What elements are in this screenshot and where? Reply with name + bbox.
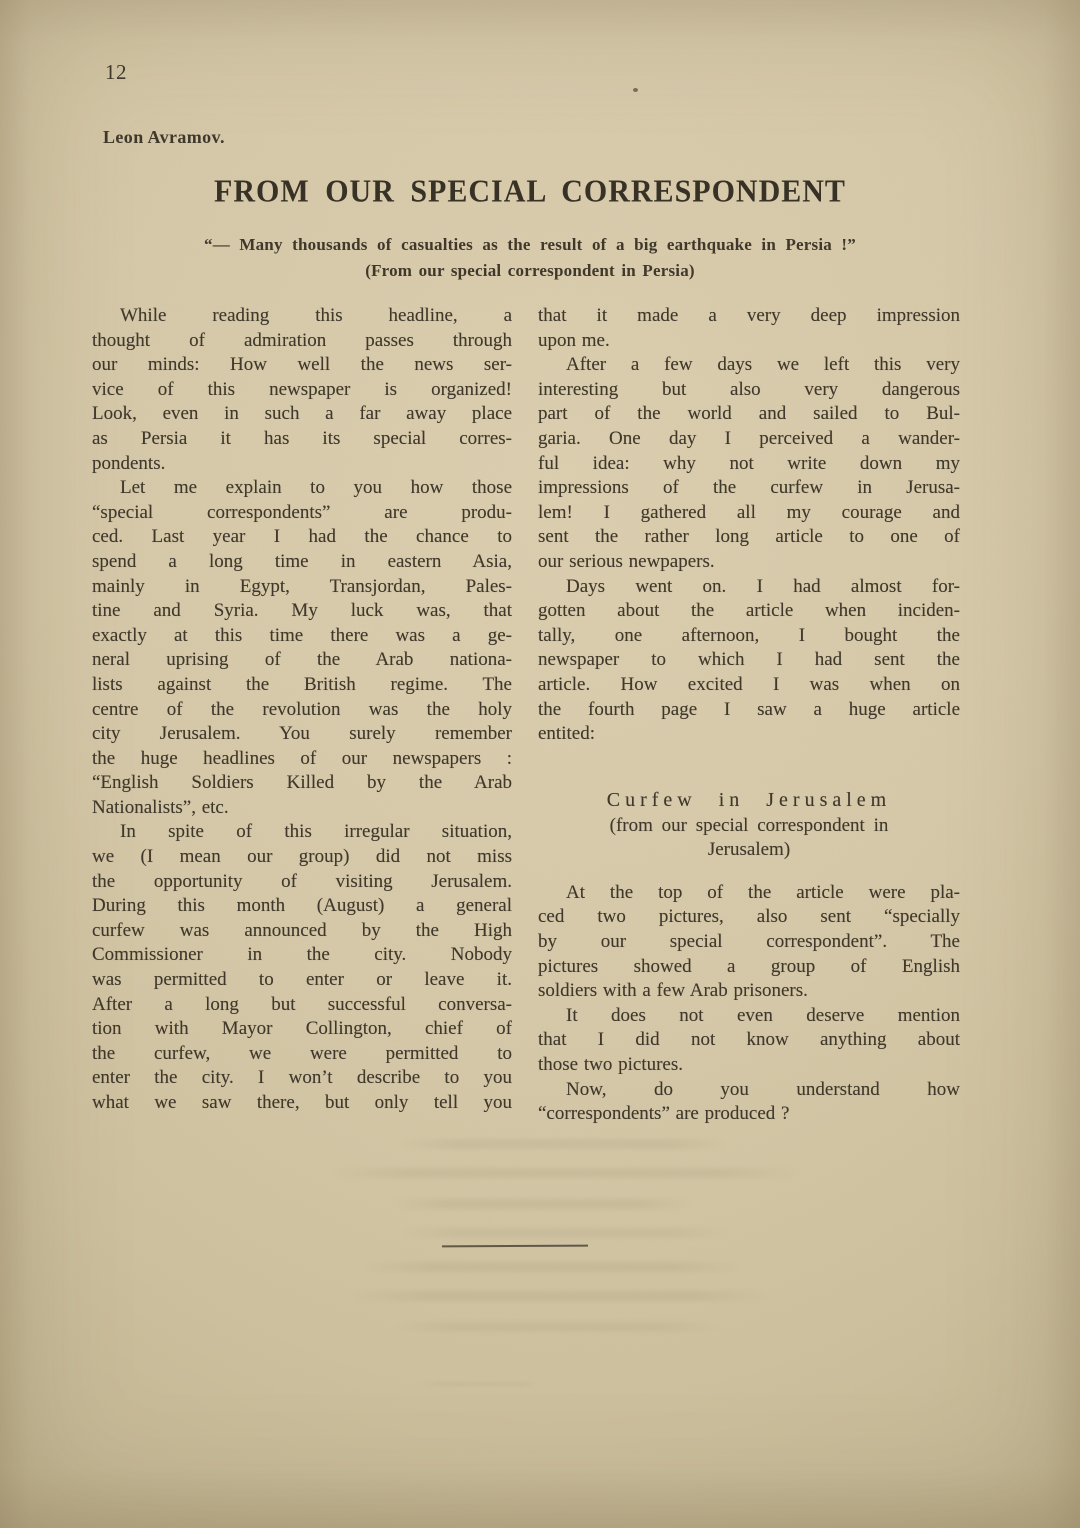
text-line: tally, one afternoon, I bought the (538, 624, 960, 649)
text-line: the opportunity of visiting Jerusalem. (92, 870, 512, 895)
text-line: centre of the revolution was the holy (92, 698, 512, 723)
text-line: Look, even in such a far away place (92, 402, 512, 427)
text-line: what we saw there, but only tell you (92, 1091, 512, 1116)
ghost-text-smudge (350, 1291, 770, 1301)
text-line: Let me explain to you how those (92, 476, 512, 501)
text-line: lem! I gathered all my courage and (538, 501, 960, 526)
section-divider (442, 1245, 588, 1248)
text-line: enter the city. I won’t describe to you (92, 1066, 512, 1091)
text-line: that I did not know anything about (538, 1028, 960, 1053)
text-line: the fourth page I saw a huge article (538, 698, 960, 723)
text-line: During this month (August) a general (92, 894, 512, 919)
text-line: pictures showed a group of English (538, 955, 960, 980)
text-line: by our special correspondent”. The (538, 930, 960, 955)
text-line: interesting but also very dangerous (538, 378, 960, 403)
text-line: tion with Mayor Collington, chief of (92, 1017, 512, 1042)
text-line: curfew was announced by the High (92, 919, 512, 944)
text-line: “correspondents” are produced ? (538, 1102, 960, 1127)
ghost-text-smudge (392, 1322, 722, 1332)
subheading-sub-2: Jerusalem) (538, 838, 960, 863)
epigraph-line-2: (From our special correspondent in Persi… (90, 261, 970, 281)
text-line: After a long but successful conversa- (92, 993, 512, 1018)
text-line: ful idea: why not write down my (538, 452, 960, 477)
text-line: mainly in Egypt, Transjordan, Pales- (92, 575, 512, 600)
text-line: as Persia it has its special corres- (92, 427, 512, 452)
text-line: thought of admiration passes through (92, 329, 512, 354)
left-column: While reading this headline, athought of… (92, 304, 512, 1116)
text-line: While reading this headline, a (92, 304, 512, 329)
text-line: neral uprising of the Arab nationa- (92, 648, 512, 673)
text-line: gotten about the article when inciden- (538, 599, 960, 624)
author-byline: Leon Avramov. (103, 127, 225, 148)
text-line: “special correspondents” are produ- (92, 501, 512, 526)
text-line: Commissioner in the city. Nobody (92, 943, 512, 968)
text-line: was permitted to enter or leave it. (92, 968, 512, 993)
text-line: soldiers with a few Arab prisoners. (538, 979, 960, 1004)
text-line: spend a long time in eastern Asia, (92, 550, 512, 575)
text-line: Nationalists”, etc. (92, 796, 512, 821)
ghost-text-smudge (420, 1382, 540, 1386)
text-line: It does not even deserve mention (538, 1004, 960, 1029)
text-line: that it made a very deep impression (538, 304, 960, 329)
text-line: Now, do you understand how (538, 1078, 960, 1103)
text-line: ced. Last year I had the chance to (92, 525, 512, 550)
text-line: the huge headlines of our newspapers : (92, 747, 512, 772)
text-line: After a few days we left this very (538, 353, 960, 378)
ghost-text-smudge (398, 1139, 728, 1149)
ghost-text-smudge (330, 1168, 800, 1178)
text-line: vice of this newspaper is organized! (92, 378, 512, 403)
epigraph-line-1: “— Many thousands of casualties as the r… (90, 235, 970, 255)
text-line: article. How excited I was when on (538, 673, 960, 698)
text-line: sent the rather long article to one of (538, 525, 960, 550)
right-column-bottom: At the top of the article were pla-ced t… (538, 881, 960, 1127)
page-number: 12 (105, 60, 127, 85)
ink-speck (633, 88, 638, 92)
ghost-text-smudge (400, 1228, 730, 1238)
article-title: FROM OUR SPECIAL CORRESPONDENT (90, 174, 970, 210)
text-line: At the top of the article were pla- (538, 881, 960, 906)
right-column: that it made a very deep impressionupon … (538, 304, 960, 1127)
ghost-text-smudge (392, 1199, 692, 1209)
right-column-top: that it made a very deep impressionupon … (538, 304, 960, 747)
text-line: garia. One day I perceived a wander- (538, 427, 960, 452)
ghost-text-smudge (362, 1262, 742, 1272)
text-line: we (I mean our group) did not miss (92, 845, 512, 870)
text-line: newspaper to which I had sent the (538, 648, 960, 673)
text-line: lists against the British regime. The (92, 673, 512, 698)
text-line: our serious newpapers. (538, 550, 960, 575)
text-line: the curfew, we were permitted to (92, 1042, 512, 1067)
subheading-sub-1: (from our special correspondent in (538, 814, 960, 839)
page-background: 12 Leon Avramov. FROM OUR SPECIAL CORRES… (0, 0, 1080, 1528)
text-line: our minds: How well the news ser- (92, 353, 512, 378)
text-line: pondents. (92, 452, 512, 477)
text-line: part of the world and sailed to Bul- (538, 402, 960, 427)
subheading-title: Curfew in Jerusalem (538, 786, 960, 814)
text-line: upon me. (538, 329, 960, 354)
text-line: exactly at this time there was a ge- (92, 624, 512, 649)
text-line: ced two pictures, also sent “specially (538, 905, 960, 930)
text-line: those two pictures. (538, 1053, 960, 1078)
text-line: Days went on. I had almost for- (538, 575, 960, 600)
text-line: entited: (538, 722, 960, 747)
text-line: city Jerusalem. You surely remember (92, 722, 512, 747)
text-line: tine and Syria. My luck was, that (92, 599, 512, 624)
text-line: In spite of this irregular situation, (92, 820, 512, 845)
text-line: impressions of the curfew in Jerusa- (538, 476, 960, 501)
text-line: “English Soldiers Killed by the Arab (92, 771, 512, 796)
